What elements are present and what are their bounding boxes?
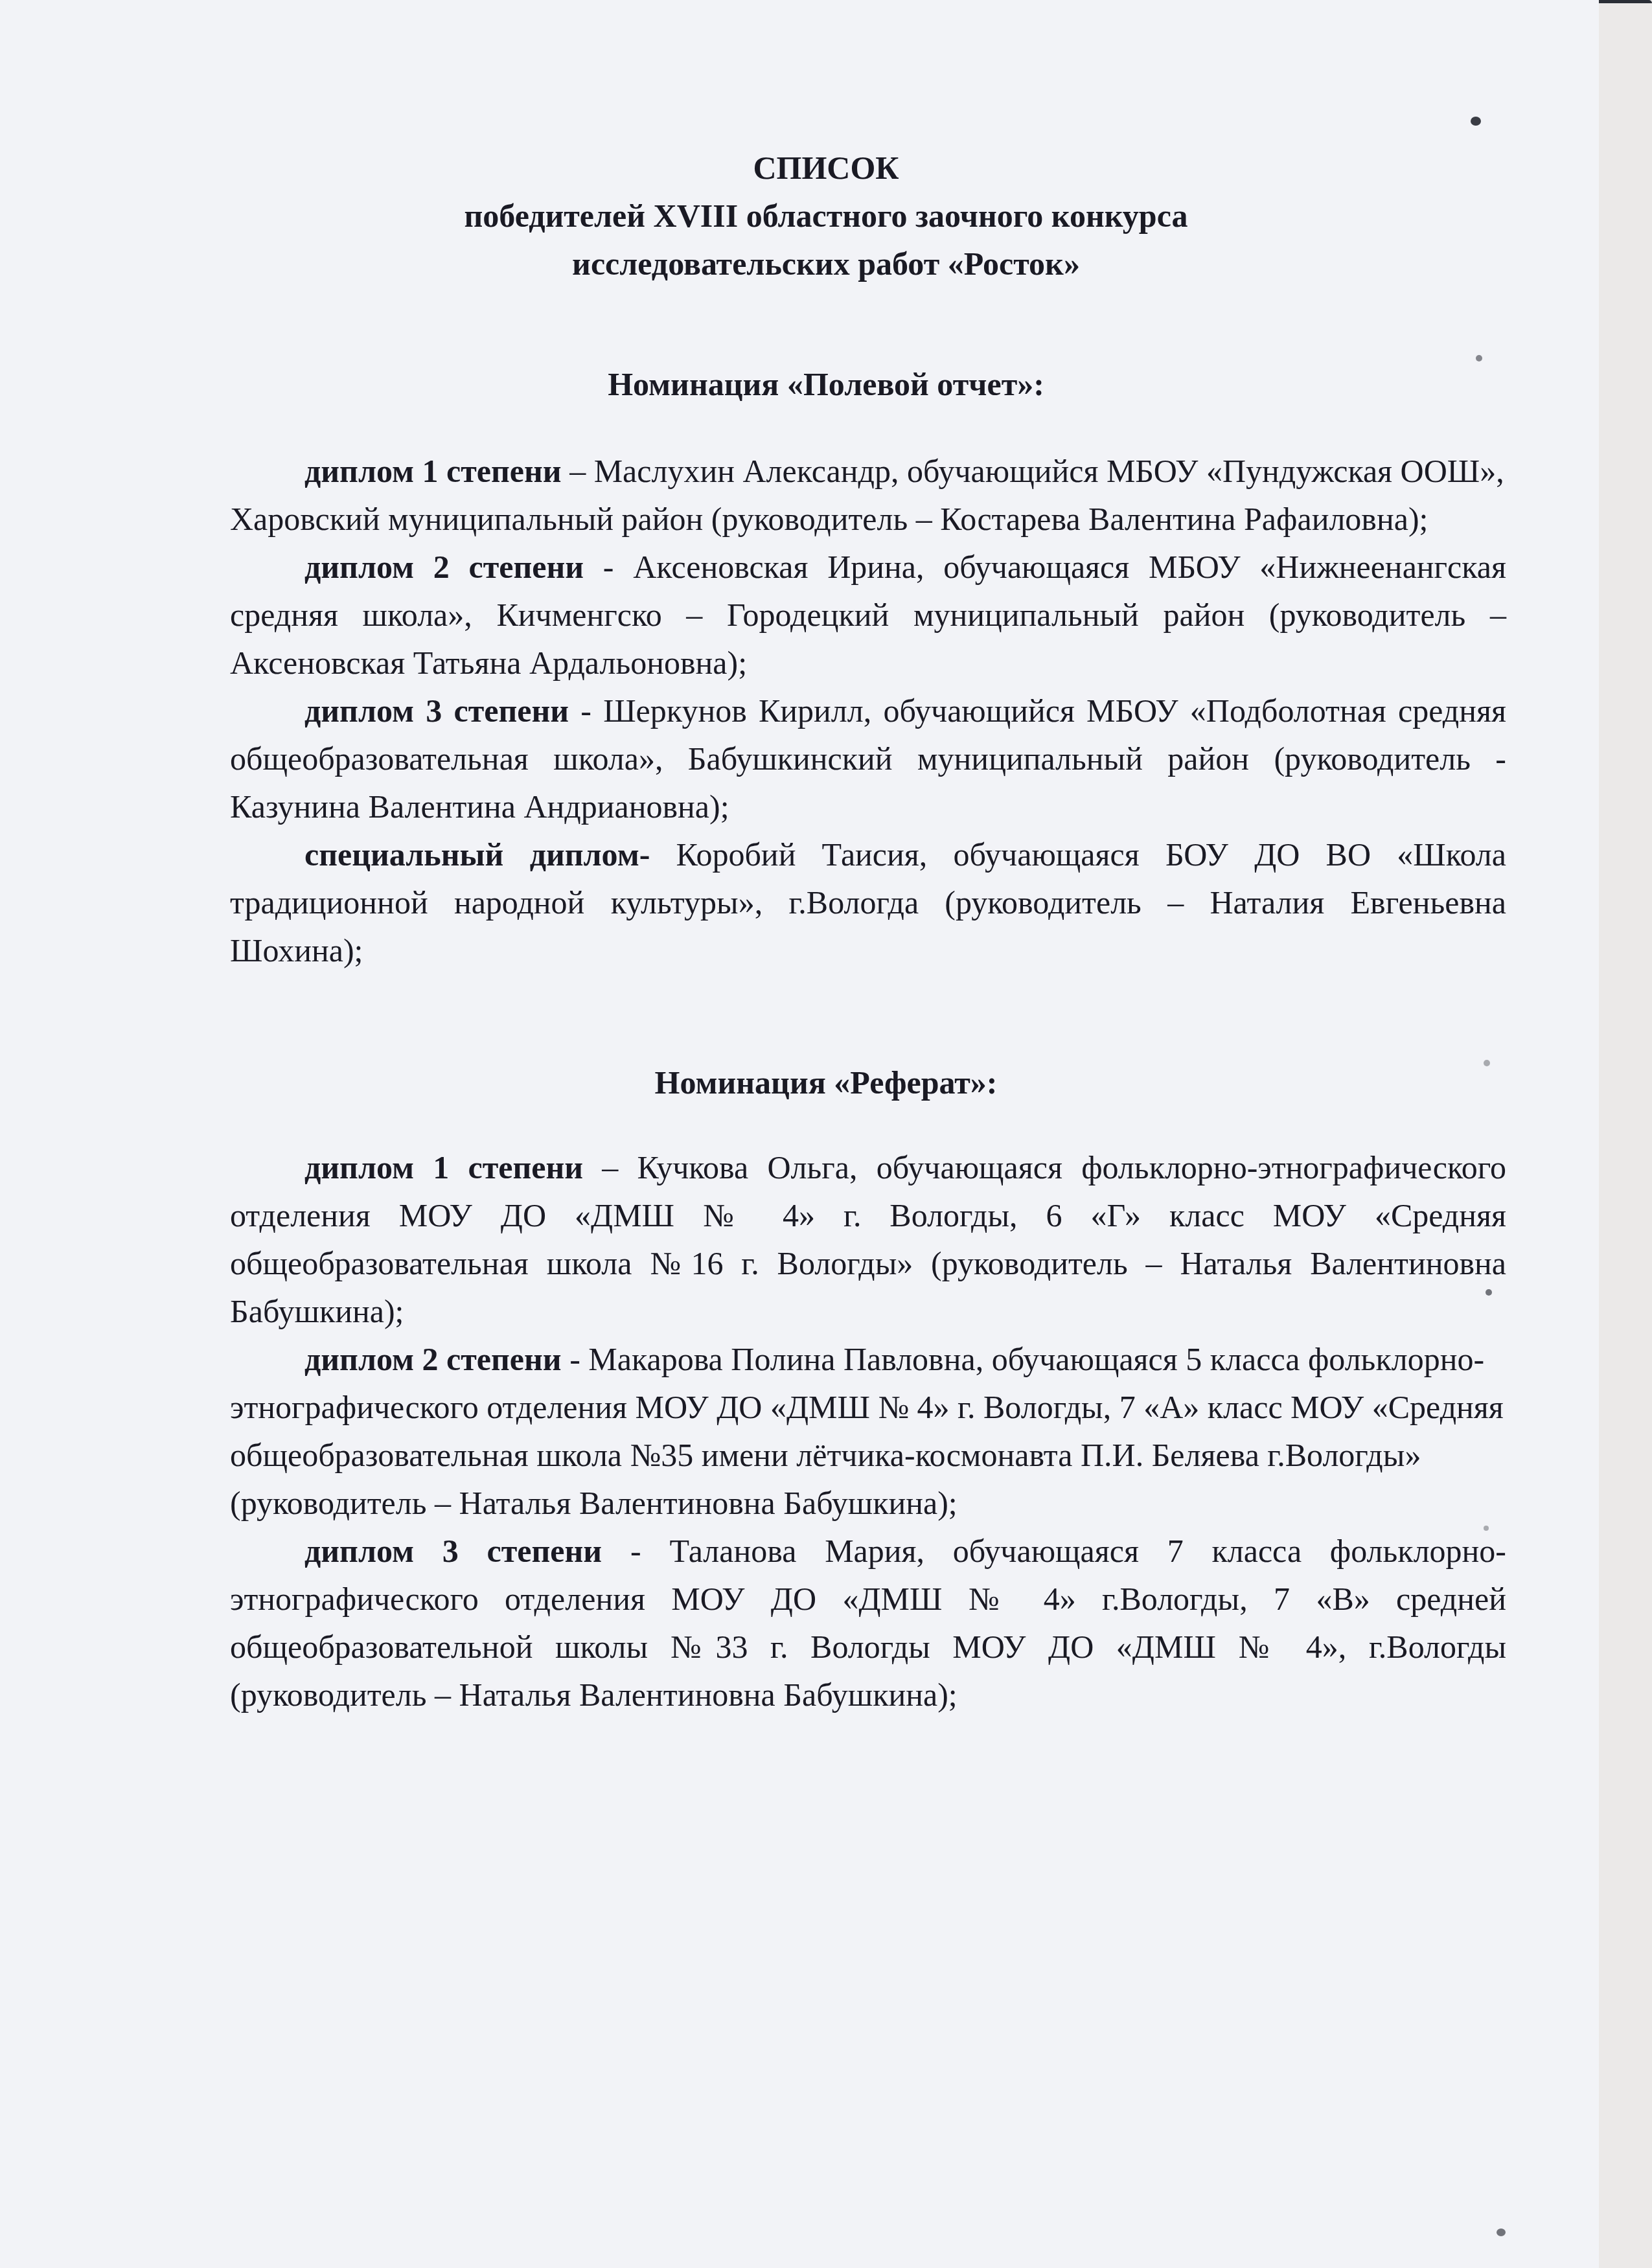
award-entry: диплом 1 степени – Кучкова Ольга, обучаю…	[230, 1143, 1506, 1335]
dust-speck	[1497, 2228, 1506, 2236]
award-label: диплом 3 степени	[304, 1533, 602, 1569]
award-label: диплом 1 степени	[304, 453, 562, 489]
dust-speck	[1471, 117, 1481, 126]
scan-bed-top-edge	[1599, 0, 1652, 3]
award-label: специальный диплом-	[304, 836, 650, 873]
title-line-1: СПИСОК	[0, 144, 1652, 192]
title-line-2: победителей XVIII областного заочного ко…	[0, 192, 1652, 240]
section-heading-field-report: Номинация «Полевой отчет»:	[0, 360, 1652, 408]
award-entry: диплом 2 степени - Макарова Полина Павло…	[230, 1335, 1506, 1527]
section-essay-entries: диплом 1 степени – Кучкова Ольга, обучаю…	[230, 1143, 1506, 1719]
document-title: СПИСОК победителей XVIII областного заоч…	[0, 144, 1652, 288]
scanned-page	[0, 0, 1599, 2268]
scan-bed-edge	[1599, 0, 1652, 2268]
award-label: диплом 2 степени	[304, 549, 584, 585]
award-label: диплом 3 степени	[304, 693, 569, 729]
section-field-report-entries: диплом 1 степени – Маслухин Александр, о…	[230, 447, 1506, 974]
award-entry: специальный диплом- Коробий Таисия, обуч…	[230, 830, 1506, 974]
award-label: диплом 1 степени	[304, 1149, 583, 1186]
award-label: диплом 2 степени	[304, 1341, 562, 1377]
title-line-3: исследовательских работ «Росток»	[0, 240, 1652, 288]
award-entry: диплом 3 степени - Шеркунов Кирилл, обуч…	[230, 687, 1506, 830]
section-heading-essay: Номинация «Реферат»:	[0, 1059, 1652, 1106]
award-entry: диплом 3 степени - Таланова Мария, обуча…	[230, 1527, 1506, 1719]
award-entry: диплом 2 степени - Аксеновская Ирина, об…	[230, 543, 1506, 687]
award-entry: диплом 1 степени – Маслухин Александр, о…	[230, 447, 1506, 543]
